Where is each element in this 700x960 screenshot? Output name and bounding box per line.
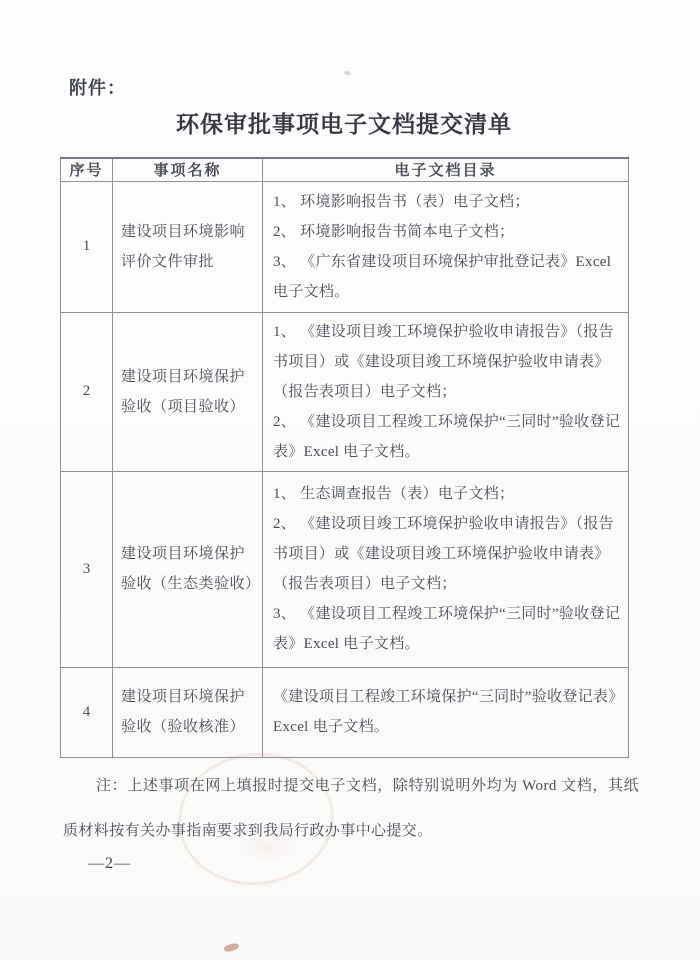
doc-item: 2、 《建设项目竣工环境保护验收申请报告》（报告书项目）或《建设项目竣工环境保护… — [273, 509, 622, 599]
table-row: 3 建设项目环境保护验收（生态类验收） 1、 生态调查报告（表）电子文档； 2、… — [61, 471, 629, 667]
submission-checklist-table: 序号 事项名称 电子文档目录 1 建设项目环境影响评价文件审批 1、 环境影响报… — [60, 157, 629, 758]
doc-item: 1、 生态调查报告（表）电子文档； — [273, 479, 622, 509]
table-row: 4 建设项目环境保护验收（验收核准） 《建设项目工程竣工环境保护“三同时”验收登… — [61, 667, 629, 757]
header-事项名称: 事项名称 — [113, 158, 263, 181]
doc-directory-cell: 1、 生态调查报告（表）电子文档； 2、 《建设项目竣工环境保护验收申请报告》（… — [263, 471, 629, 667]
item-name: 建设项目环境保护验收（生态类验收） — [113, 471, 263, 667]
table-row: 1 建设项目环境影响评价文件审批 1、 环境影响报告书（表）电子文档； 2、 环… — [61, 181, 629, 312]
red-seal-stamp-center — [238, 832, 296, 862]
document-title: 环保审批事项电子文档提交清单 — [60, 106, 628, 139]
table-header-row: 序号 事项名称 电子文档目录 — [61, 158, 629, 181]
doc-item: 1、 环境影响报告书（表）电子文档； — [273, 187, 622, 217]
doc-item: 1、 《建设项目竣工环境保护验收申请报告》（报告书项目）或《建设项目竣工环境保护… — [273, 317, 622, 407]
row-number: 3 — [61, 471, 113, 667]
attachment-label: 附件： — [69, 74, 126, 100]
doc-directory-cell: 1、 环境影响报告书（表）电子文档； 2、 环境影响报告书简本电子文档； 3、 … — [263, 181, 629, 312]
header-电子文档目录: 电子文档目录 — [263, 158, 629, 181]
page-number: —2— — [88, 855, 131, 873]
header-序号: 序号 — [61, 158, 113, 181]
doc-item: 2、 环境影响报告书简本电子文档； — [273, 217, 622, 247]
scanned-document-page: 附件： 环保审批事项电子文档提交清单 序号 事项名称 电子文档目录 1 建设项目… — [0, 0, 700, 960]
footnote: 注：上述事项在网上填报时提交电子文档，除特别说明外均为 Word 文档，其纸质材… — [63, 764, 639, 854]
doc-item: 3、 《建设项目工程竣工环境保护“三同时”验收登记表》Excel 电子文档。 — [273, 599, 622, 659]
doc-item: 《建设项目工程竣工环境保护“三同时”验收登记表》Excel 电子文档。 — [273, 682, 622, 742]
row-number: 4 — [61, 667, 113, 757]
doc-item: 3、 《广东省建设项目环境保护审批登记表》Excel 电子文档。 — [273, 247, 622, 307]
doc-directory-cell: 1、 《建设项目竣工环境保护验收申请报告》（报告书项目）或《建设项目竣工环境保护… — [263, 312, 629, 471]
red-ink-mark — [223, 943, 239, 953]
item-name: 建设项目环境保护验收（项目验收） — [113, 312, 263, 471]
item-name: 建设项目环境保护验收（验收核准） — [113, 667, 263, 757]
doc-directory-cell: 《建设项目工程竣工环境保护“三同时”验收登记表》Excel 电子文档。 — [263, 667, 629, 757]
doc-item: 2、 《建设项目工程竣工环境保护“三同时”验收登记表》Excel 电子文档。 — [273, 407, 622, 467]
table-row: 2 建设项目环境保护验收（项目验收） 1、 《建设项目竣工环境保护验收申请报告》… — [61, 312, 629, 471]
item-name: 建设项目环境影响评价文件审批 — [113, 181, 263, 312]
row-number: 1 — [61, 181, 113, 312]
row-number: 2 — [61, 312, 113, 471]
scan-artifact-speck — [344, 70, 352, 76]
